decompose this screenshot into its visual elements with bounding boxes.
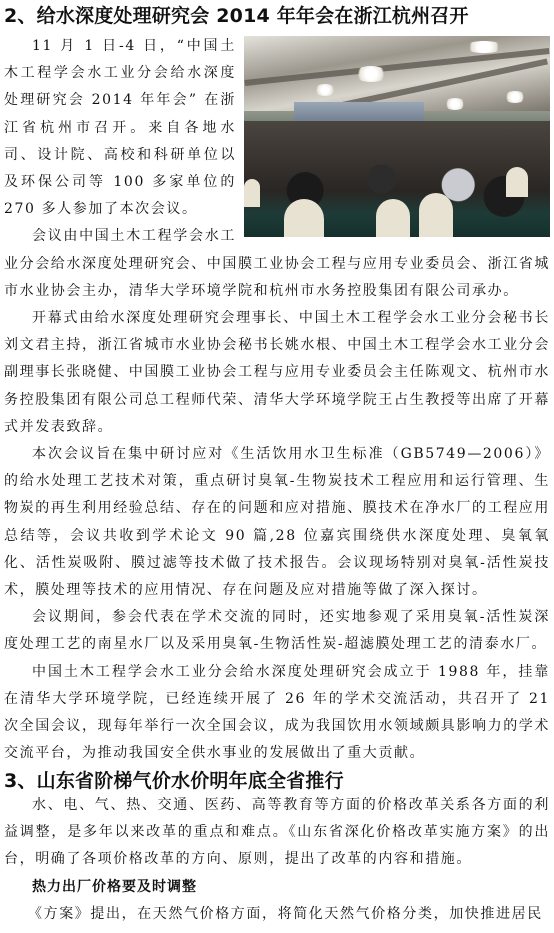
section-1-body: 11 月 1 日-4 日，“中国土木工程学会水工业分会给水深度处理研究会 201… — [4, 33, 550, 767]
photo-chair — [506, 167, 528, 197]
paragraph: 本次会议旨在集中研讨应对《生活饮用水卫生标准（GB5749—2006）》的给水处… — [4, 441, 550, 604]
paragraph: 开幕式由给水深度处理研究会理事长、中国土木工程学会水工业分会秘书长刘文君主持，浙… — [4, 305, 550, 441]
chandelier-icon — [314, 84, 336, 96]
photo-audience — [244, 121, 550, 237]
photo-chair — [419, 193, 453, 237]
paragraph: 水、电、气、热、交通、医药、高等教育等方面的价格改革关系各方面的利益调整，是多年… — [4, 792, 550, 874]
chandelier-icon — [354, 66, 388, 82]
section-2-title: 3、山东省阶梯气价水价明年底全省推行 — [4, 768, 344, 794]
section-2-body: 水、电、气、热、交通、医药、高等教育等方面的价格改革关系各方面的利益调整，是多年… — [4, 792, 550, 928]
photo-chair — [284, 199, 324, 237]
subheading: 热力出厂价格要及时调整 — [4, 874, 550, 901]
chandelier-icon — [504, 91, 526, 103]
paragraph: 《方案》提出，在天然气价格方面，将简化天然气价格分类，加快推进居民 — [4, 901, 550, 928]
chandelier-icon — [464, 41, 504, 53]
conference-hall-photo — [244, 36, 550, 237]
chandelier-icon — [444, 98, 466, 110]
paragraph: 会议期间，参会代表在学术交流的同时，还实地参观了采用臭氧-活性炭深度处理工艺的南… — [4, 604, 550, 658]
paragraph: 中国土木工程学会水工业分会给水深度处理研究会成立于 1988 年，挂靠在清华大学… — [4, 659, 550, 768]
section-1-title: 2、给水深度处理研究会 2014 年年会在浙江杭州召开 — [4, 3, 469, 29]
photo-chair — [376, 199, 410, 237]
photo-chair — [244, 179, 260, 207]
